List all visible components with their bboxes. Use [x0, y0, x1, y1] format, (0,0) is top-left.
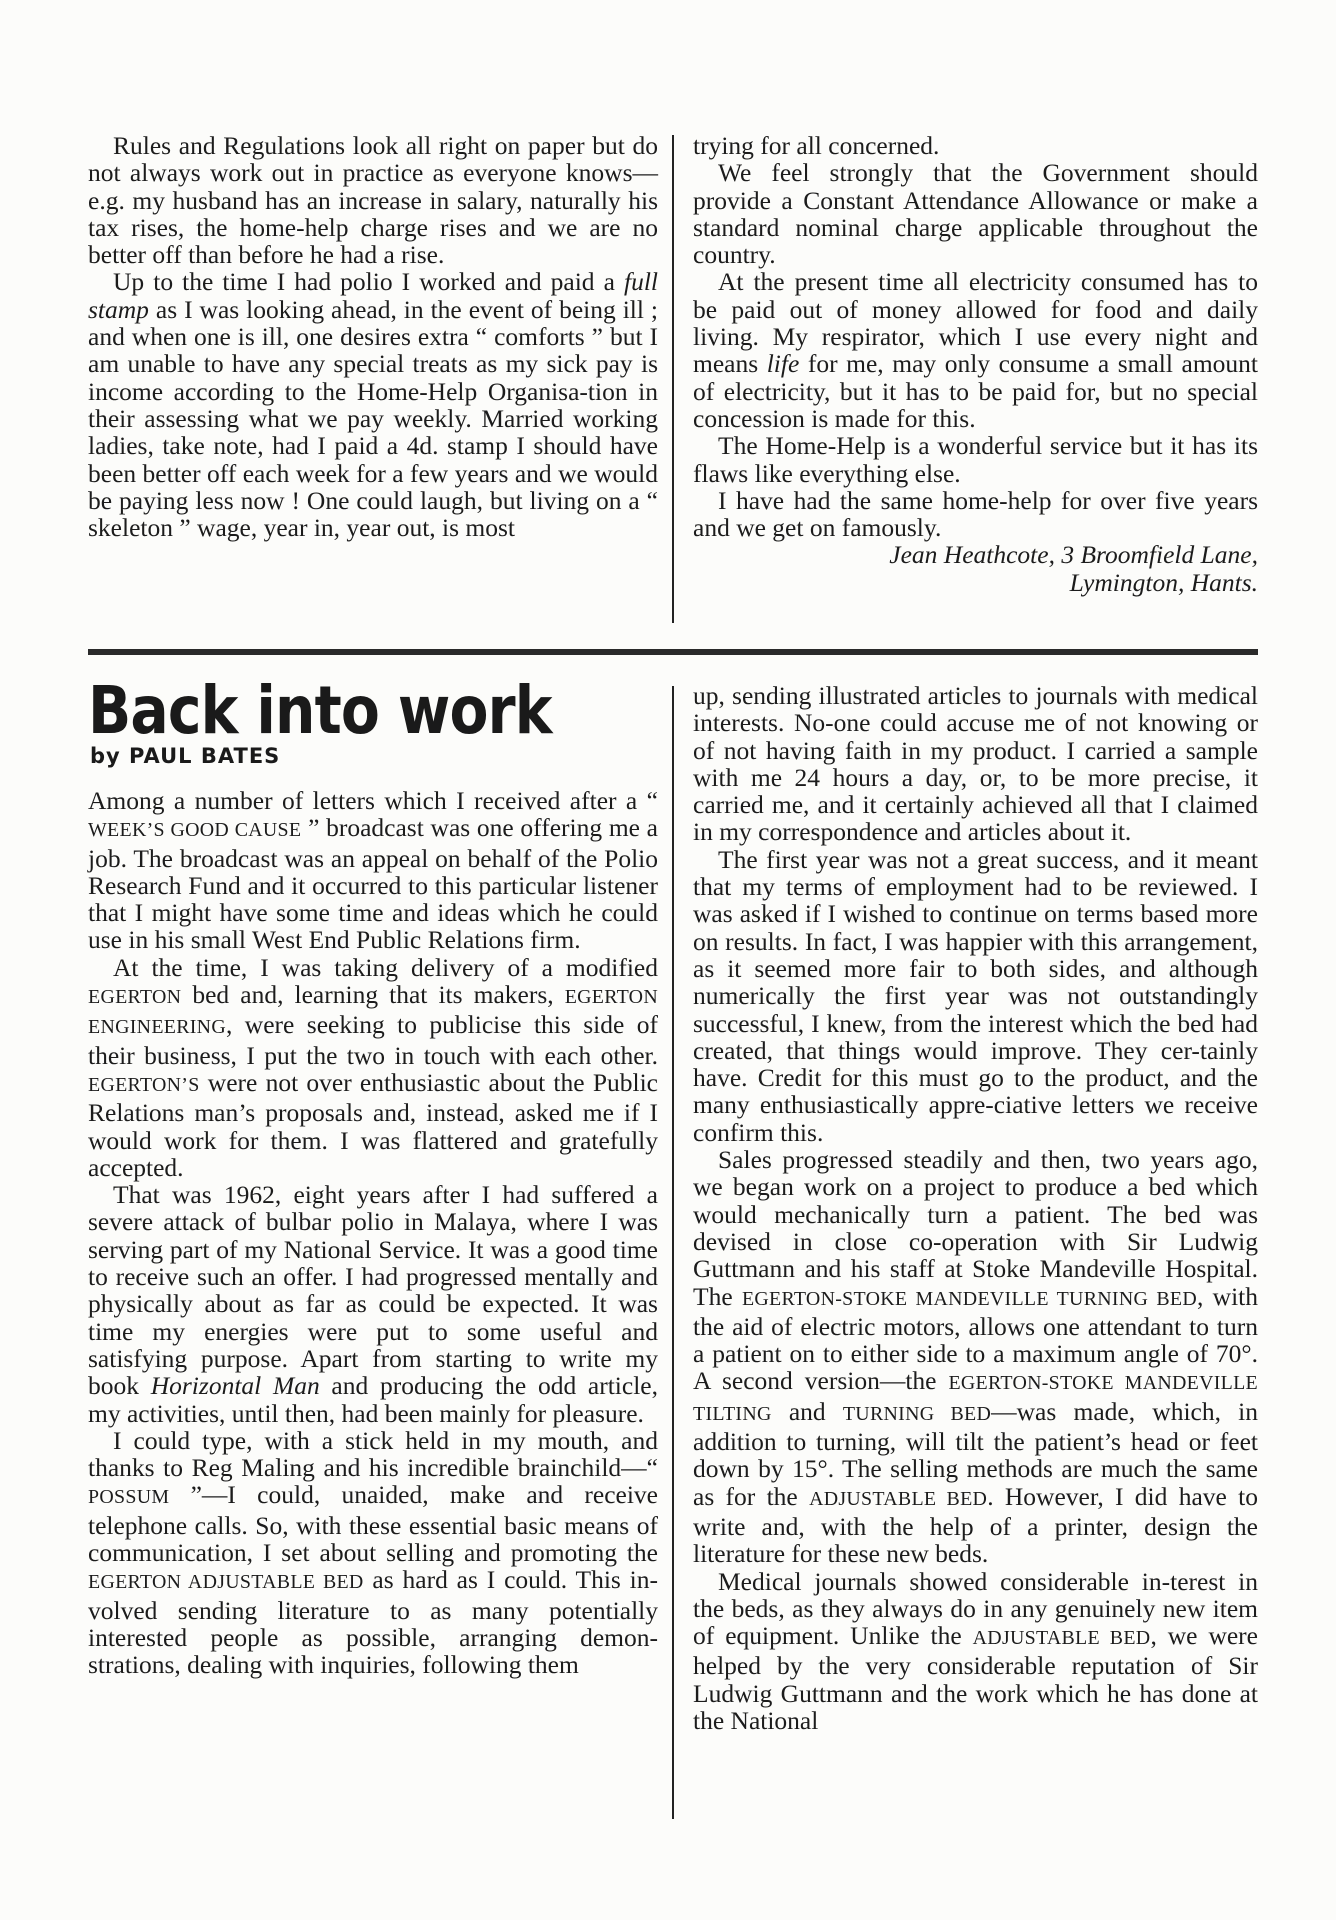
small-caps-text: Egerton: [88, 986, 181, 1008]
letter-signature-address: Lymington, Hants.: [693, 569, 1258, 596]
small-caps-text: Turning Bed: [843, 1403, 991, 1425]
small-caps-text: Adjustable Bed: [973, 1627, 1151, 1649]
small-caps-text: Egerton Adjustable Bed: [88, 1571, 364, 1593]
letter-paragraph: At the present time all electricity cons…: [693, 268, 1258, 432]
article-right-column: up, sending illustrated articles to jour…: [693, 682, 1258, 1734]
letter-right-column: trying for all concerned.We feel strongl…: [693, 132, 1258, 596]
italic-text: life: [767, 349, 800, 378]
letter-paragraph: Rules and Regulations look all right on …: [88, 132, 658, 268]
letter-paragraph: I have had the same home-help for over f…: [693, 487, 1258, 542]
byline-author: PAUL BATES: [129, 744, 280, 768]
article-paragraph: I could type, with a stick held in my mo…: [88, 1427, 658, 1679]
letter-signature-name: Jean Heathcote, 3 Broomfield Lane,: [693, 541, 1258, 568]
article-left-column: Among a number of letters which I receiv…: [88, 787, 658, 1679]
small-caps-text: Egerton’s: [88, 1074, 200, 1096]
article-paragraph: up, sending illustrated articles to jour…: [693, 682, 1258, 846]
article-paragraph: At the time, I was taking delivery of a …: [88, 954, 658, 1181]
small-caps-text: Egerton-Stoke Mandeville Turning Bed: [742, 1288, 1197, 1310]
italic-text: Horizontal Man: [151, 1371, 320, 1400]
column-divider-bottom: [672, 686, 674, 1819]
article-paragraph: The first year was not a great success, …: [693, 846, 1258, 1146]
letter-left-column: Rules and Regulations look all right on …: [88, 132, 658, 541]
article-paragraph: Among a number of letters which I receiv…: [88, 787, 658, 954]
small-caps-text: Week’s Good Cause: [88, 819, 301, 841]
letter-paragraph-continued: trying for all concerned.: [693, 132, 1258, 159]
small-caps-text: Adjustable Bed: [809, 1488, 987, 1510]
letter-paragraph: The Home-Help is a wonderful service but…: [693, 432, 1258, 487]
italic-text: full stamp: [88, 267, 658, 323]
section-rule: [88, 649, 1258, 655]
column-divider-top: [672, 135, 674, 623]
small-caps-text: Possum: [88, 1486, 169, 1508]
byline-prefix: by: [90, 744, 121, 768]
article-paragraph: That was 1962, eight years after I had s…: [88, 1181, 658, 1427]
letter-paragraph: We feel strongly that the Government sho…: [693, 159, 1258, 268]
article-headline: Back into work: [88, 676, 552, 746]
letter-paragraph: Up to the time I had polio I worked and …: [88, 268, 658, 541]
article-byline: by PAUL BATES: [90, 744, 280, 768]
article-paragraph: Sales progressed steadily and then, two …: [693, 1146, 1258, 1567]
article-paragraph: Medical journals showed considerable in-…: [693, 1568, 1258, 1735]
